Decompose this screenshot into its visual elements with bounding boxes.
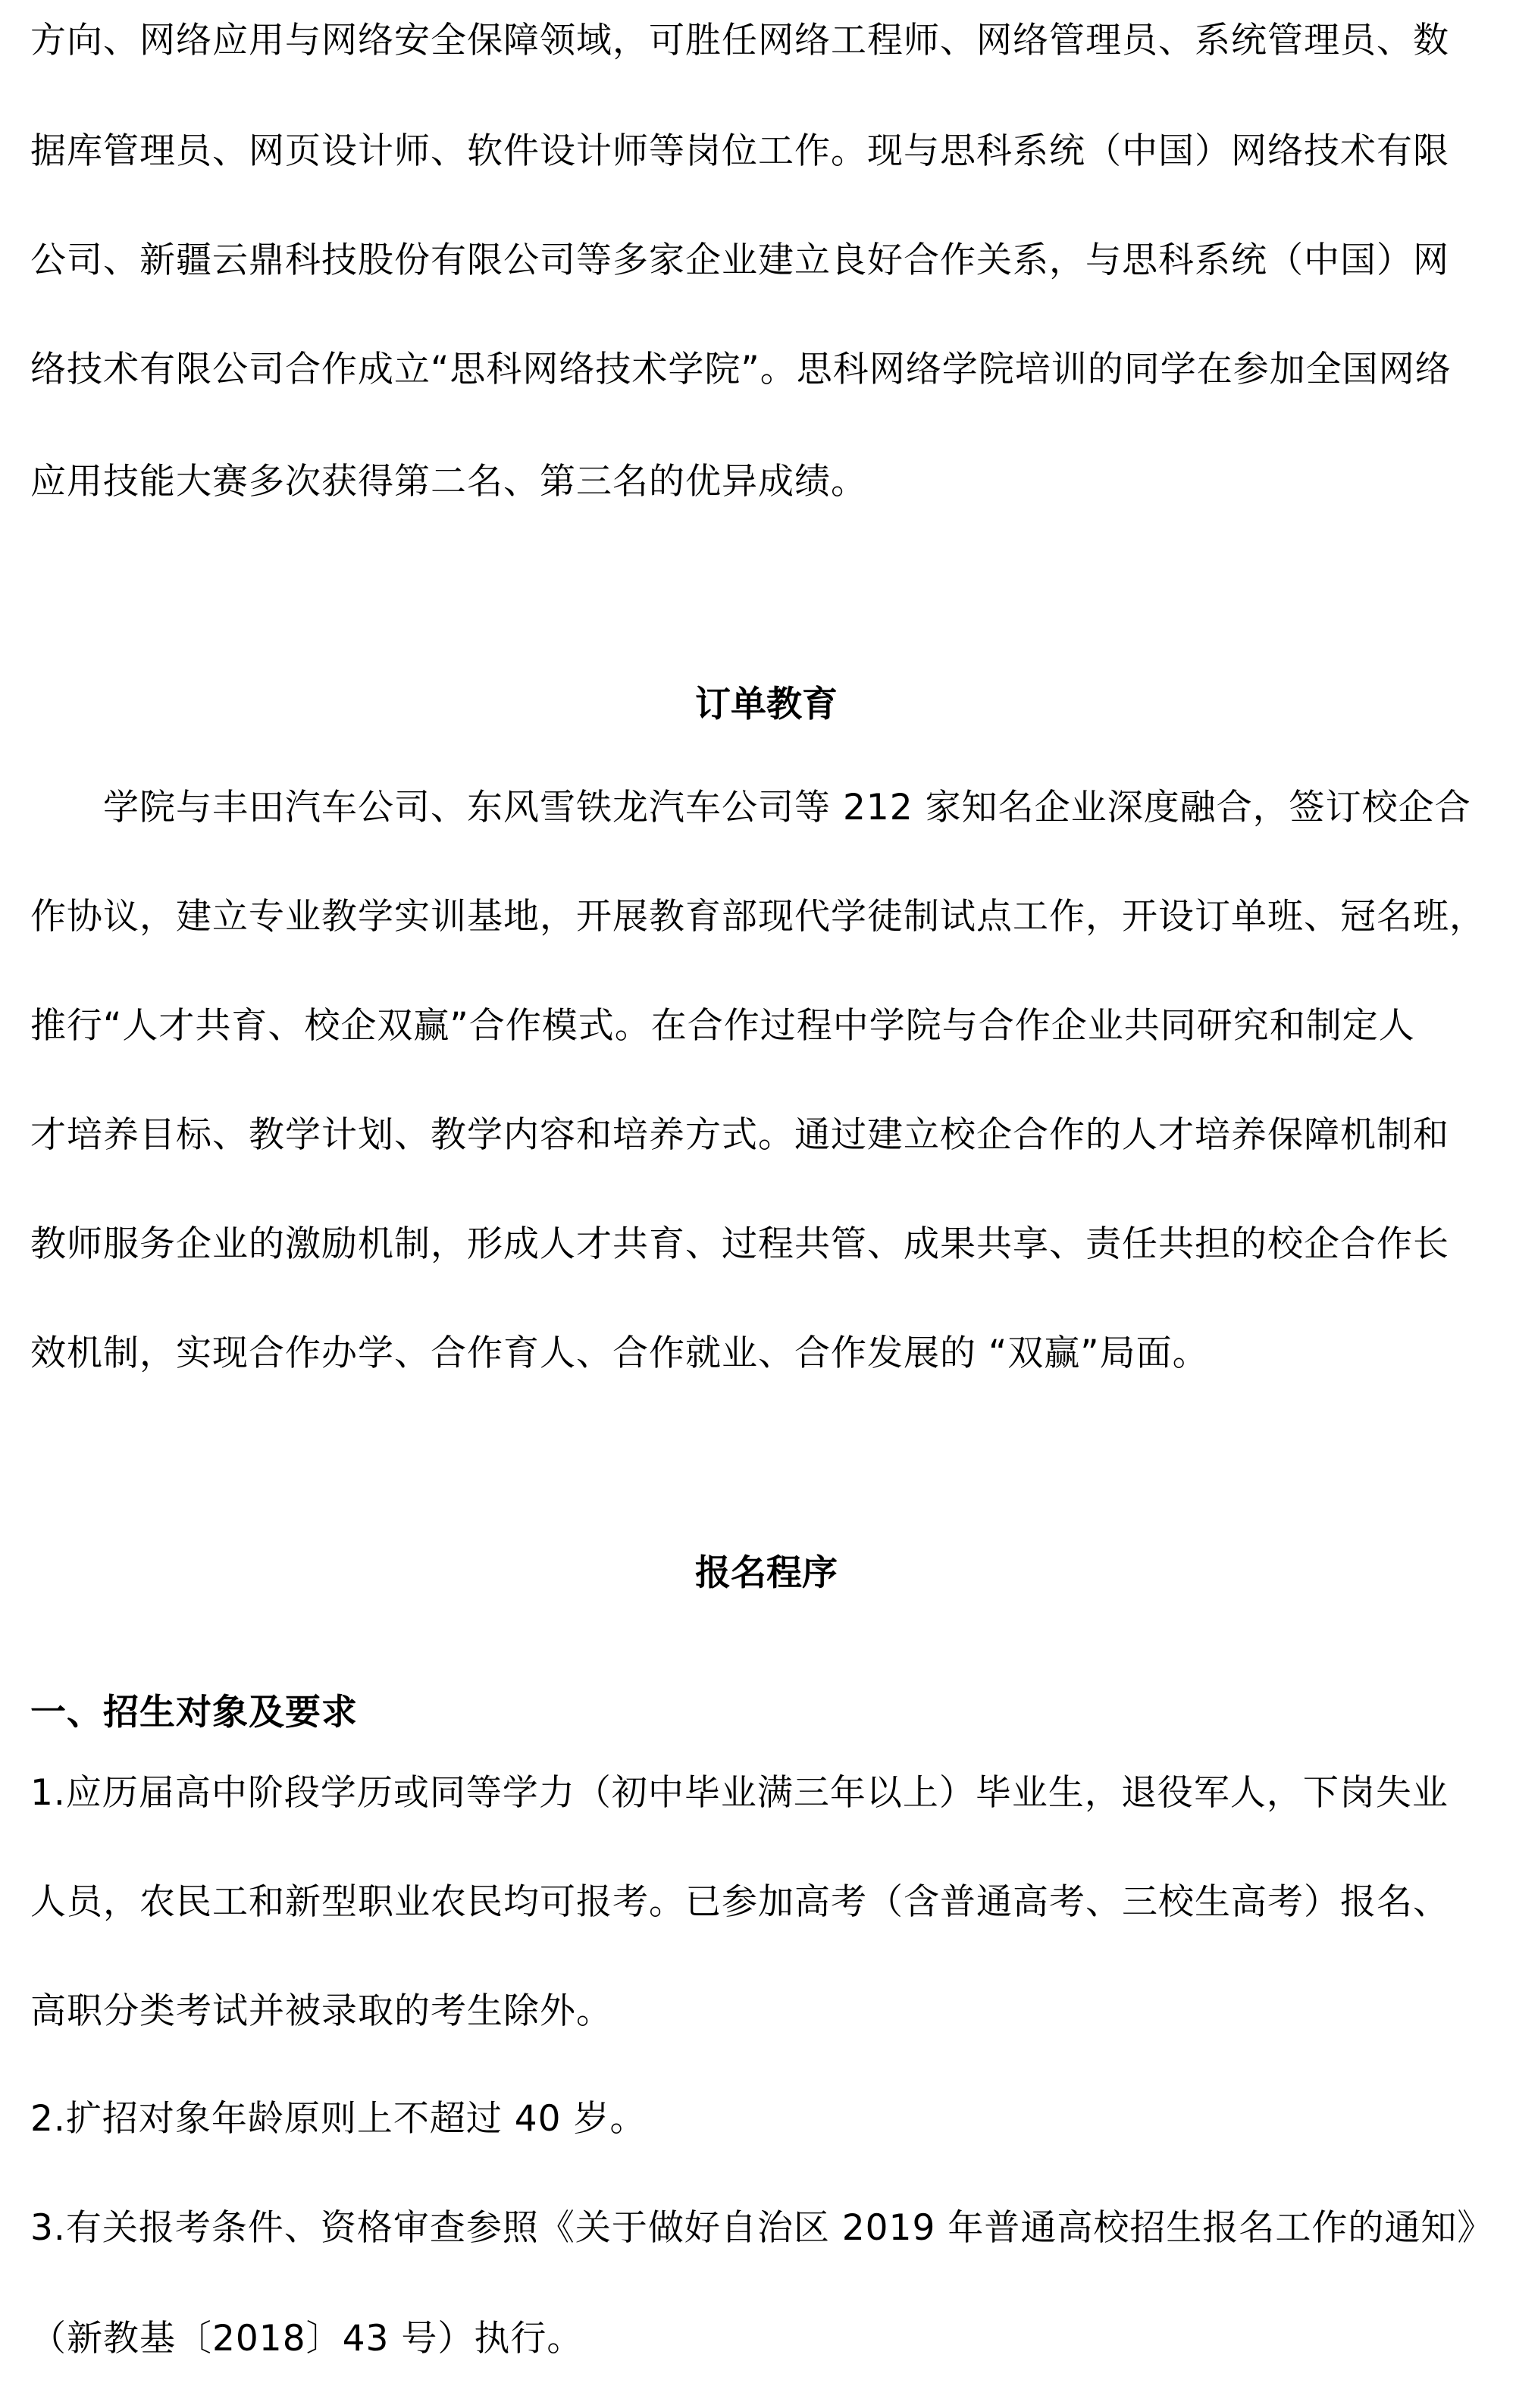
order-education-line-1: 学院与丰田汽车公司、东风雪铁龙汽车公司等 212 家知名企业深度融合，签订校企合 bbox=[103, 785, 1471, 831]
order-education-line-5: 教师服务企业的激励机制，形成人才共育、过程共管、成果共享、责任共担的校企合作长 bbox=[30, 1222, 1449, 1267]
order-education-line-3: 推行“人才共育、校企双赢”合作模式。在合作过程中学院与合作企业共同研究和制定人 bbox=[30, 1004, 1415, 1049]
registration-heading: 报名程序 bbox=[0, 1551, 1516, 1596]
requirement-2-line-1: 2.扩招对象年龄原则上不超过 40 岁。 bbox=[30, 2096, 647, 2142]
requirement-3-line-1: 3.有关报考条件、资格审查参照《关于做好自治区 2019 年普通高校招生报名工作… bbox=[30, 2206, 1493, 2251]
intro-line-4: 络技术有限公司合作成立“思科网络技术学院”。思科网络学院培训的同学在参加全国网络 bbox=[30, 347, 1452, 393]
requirement-1-line-2: 人员，农民工和新型职业农民均可报考。已参加高考（含普通高考、三校生高考）报名、 bbox=[30, 1880, 1449, 1925]
intro-line-2: 据库管理员、网页设计师、软件设计师等岗位工作。现与思科系统（中国）网络技术有限 bbox=[30, 129, 1449, 174]
requirement-3-line-2: （新教基〔2018〕43 号）执行。 bbox=[30, 2316, 583, 2362]
registration-subheading: 一、招生对象及要求 bbox=[30, 1690, 358, 1736]
intro-line-1: 方向、网络应用与网络安全保障领域，可胜任网络工程师、网络管理员、系统管理员、数 bbox=[30, 18, 1449, 64]
order-education-line-4: 才培养目标、教学计划、教学内容和培养方式。通过建立校企合作的人才培养保障机制和 bbox=[30, 1113, 1449, 1158]
intro-line-5: 应用技能大赛多次获得第二名、第三名的优异成绩。 bbox=[30, 459, 867, 505]
order-education-heading: 订单教育 bbox=[0, 682, 1516, 728]
requirement-1-line-1: 1.应历届高中阶段学历或同等学力（初中毕业满三年以上）毕业生，退役军人，下岗失业 bbox=[30, 1771, 1449, 1816]
requirement-1-line-3: 高职分类考试并被录取的考生除外。 bbox=[30, 1989, 612, 2034]
intro-line-3: 公司、新疆云鼎科技股份有限公司等多家企业建立良好合作关系，与思科系统（中国）网 bbox=[30, 238, 1449, 283]
order-education-line-2: 作协议，建立专业教学实训基地，开展教育部现代学徒制试点工作，开设订单班、冠名班， bbox=[30, 894, 1486, 940]
order-education-line-6: 效机制，实现合作办学、合作育人、合作就业、合作发展的 “双赢”局面。 bbox=[30, 1331, 1209, 1376]
